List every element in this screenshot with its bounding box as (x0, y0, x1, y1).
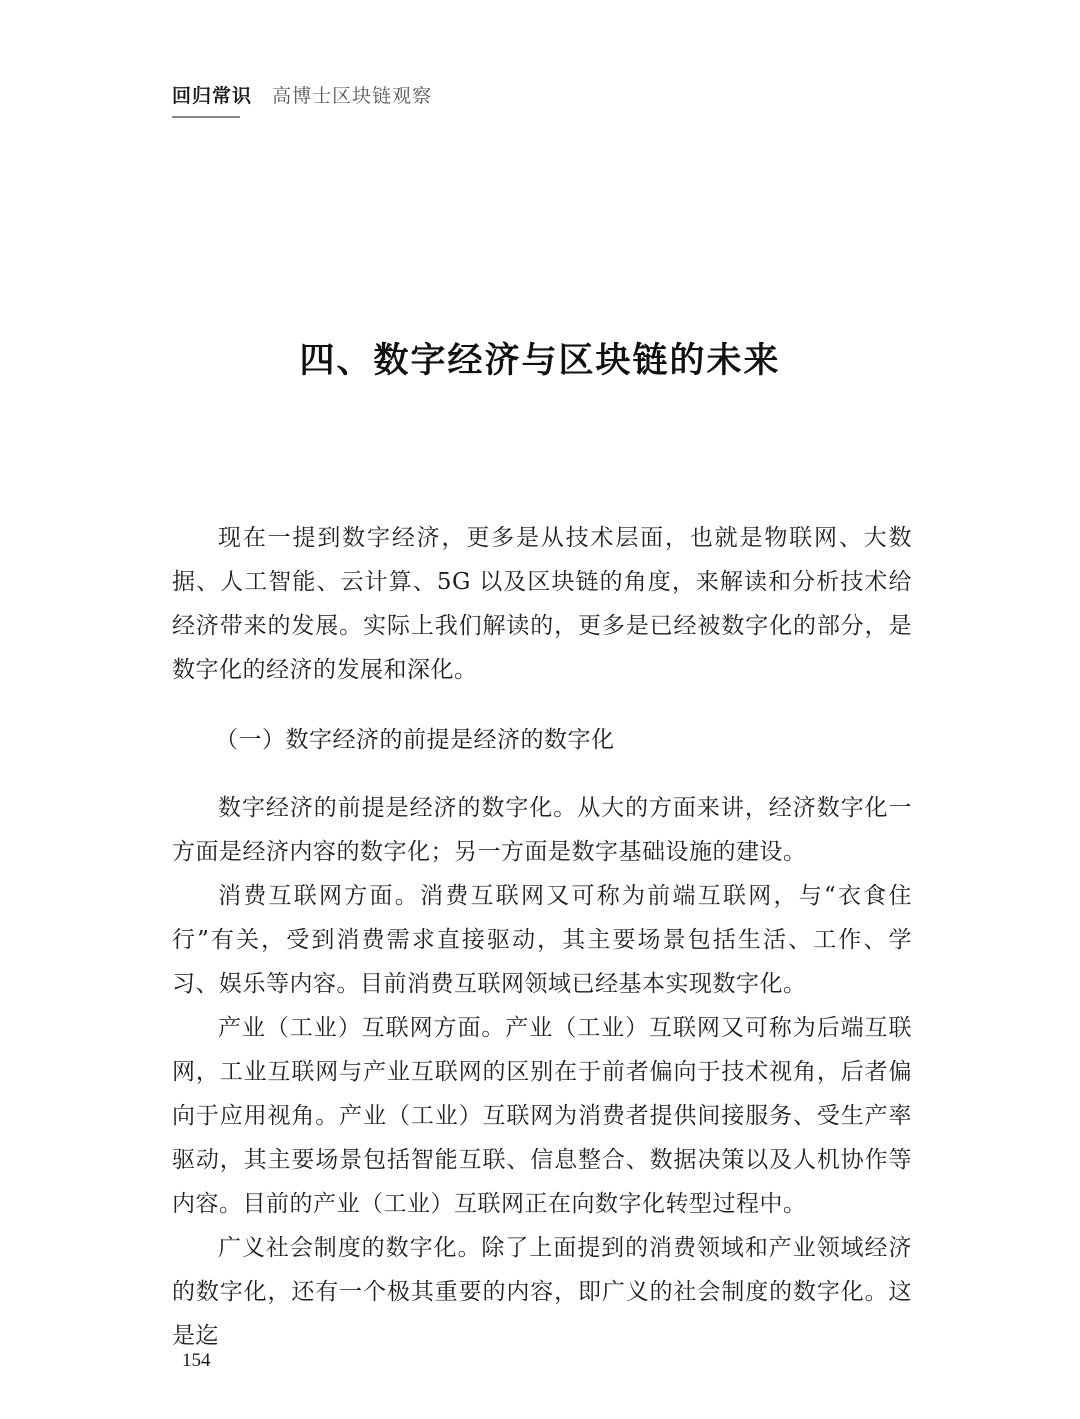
page-number: 154 (182, 1349, 211, 1373)
running-header: 回归常识 高博士区块链观察 (172, 83, 432, 109)
section-paragraph: 数字经济的前提是经济的数字化。从大的方面来讲，经济数字化一方面是经济内容的数字化… (172, 786, 912, 874)
intro-paragraph: 现在一提到数字经济，更多是从技术层面，也就是物联网、大数据、人工智能、云计算、5… (172, 516, 912, 692)
section-paragraph: 广义社会制度的数字化。除了上面提到的消费领域和产业领域经济的数字化，还有一个极其… (172, 1226, 912, 1358)
section-paragraph: 产业（工业）互联网方面。产业（工业）互联网又可称为后端互联网，工业互联网与产业互… (172, 1006, 912, 1226)
chapter-title: 四、数字经济与区块链的未来 (0, 336, 1080, 386)
section-heading: （一）数字经济的前提是经济的数字化 (215, 722, 615, 758)
section-paragraph: 消费互联网方面。消费互联网又可称为前端互联网，与“衣食住行”有关，受到消费需求直… (172, 874, 912, 1006)
series-title: 高博士区块链观察 (272, 85, 432, 107)
header-underline (172, 116, 240, 118)
intro-text: 现在一提到数字经济，更多是从技术层面，也就是物联网、大数据、人工智能、云计算、5… (172, 516, 912, 692)
section-body: 数字经济的前提是经济的数字化。从大的方面来讲，经济数字化一方面是经济内容的数字化… (172, 786, 912, 1358)
book-title: 回归常识 (172, 85, 252, 107)
